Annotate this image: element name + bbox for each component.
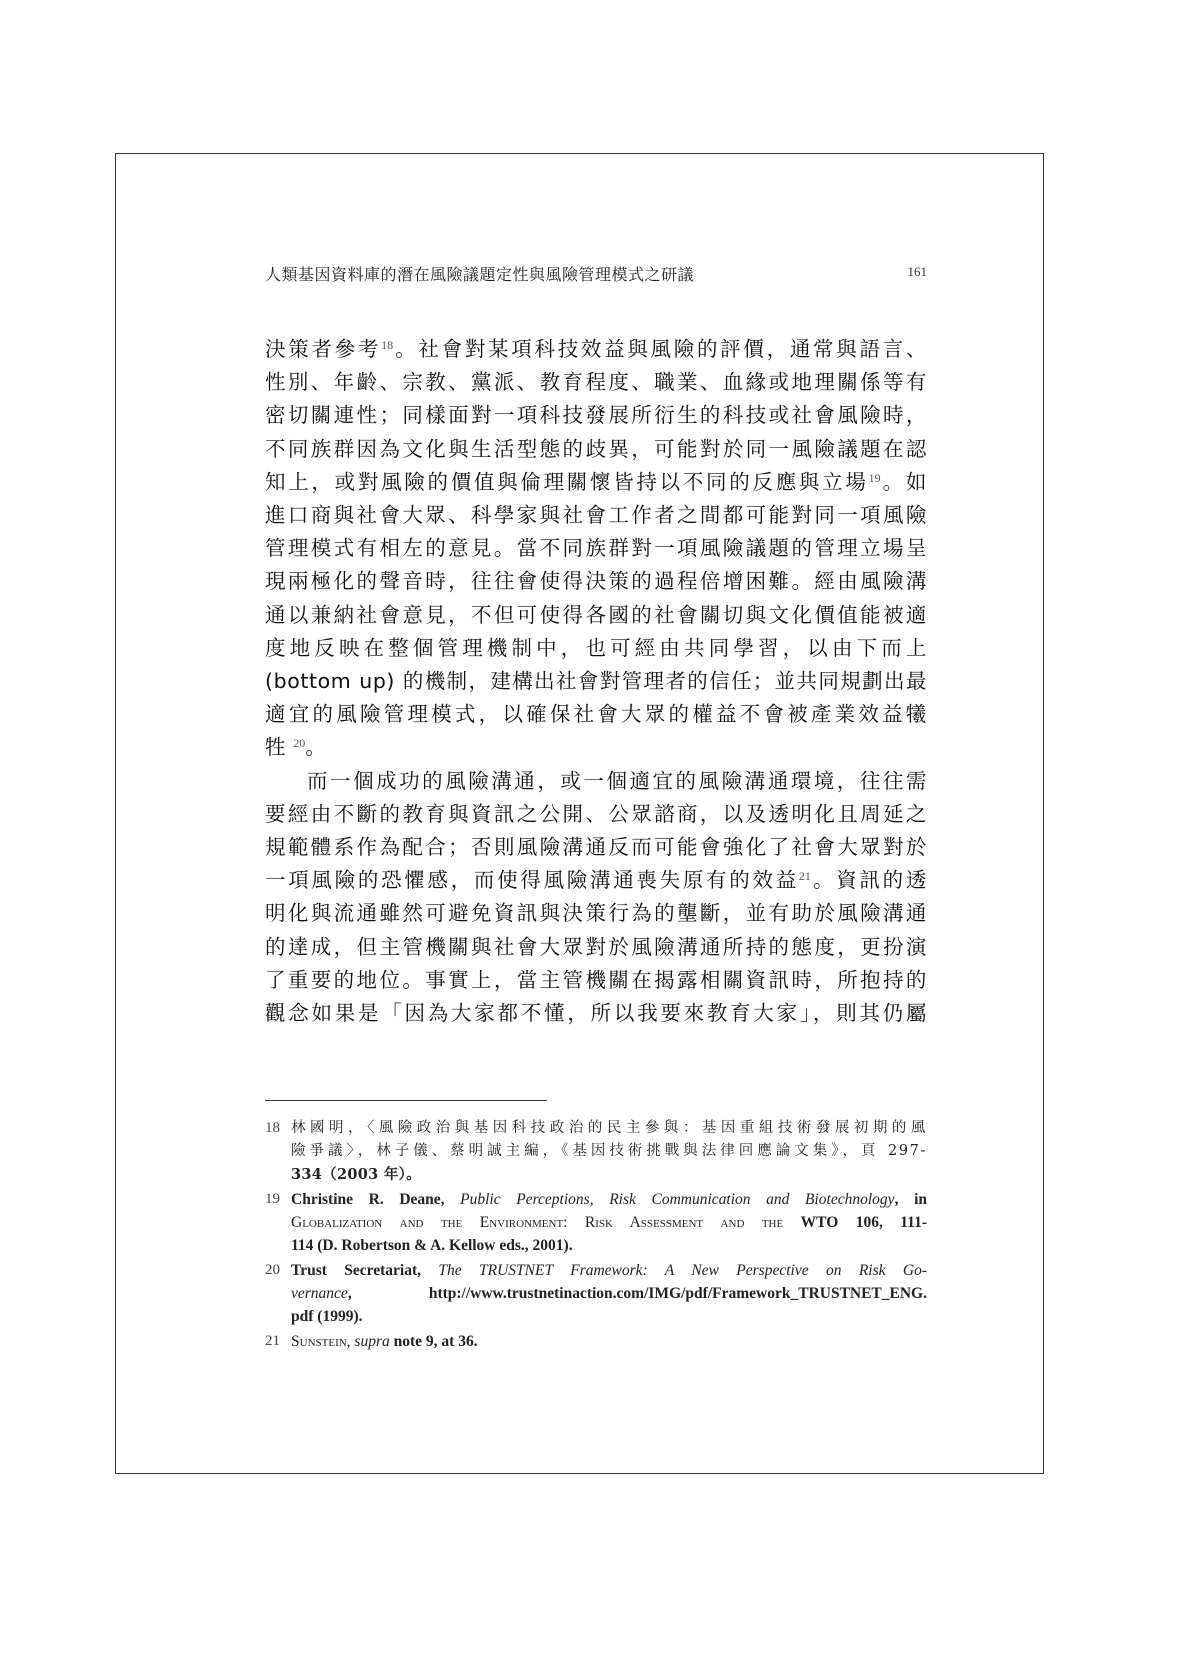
footnote-line: Sunstein, supra note 9, at 36.	[291, 1330, 927, 1353]
text-run: 。	[305, 735, 326, 759]
text-run: 。資訊的透	[811, 868, 927, 892]
paragraph-1: 決策者參考18。社會對某項科技效益與風險的評價，通常與語言、 性別、年齡、宗教、…	[265, 333, 927, 765]
text-line: 了重要的地位。事實上，當主管機關在揭露相關資訊時，所抱持的	[265, 964, 927, 997]
text-run: WTO 106, 111-	[801, 1214, 927, 1231]
footnote-line: 林國明，〈風險政治與基因科技政治的民主參與：基因重組技術發展初期的風	[291, 1117, 927, 1140]
footnote-line: Trust Secretariat, The TRUSTNET Framewor…	[291, 1259, 927, 1282]
footnote-line: Christine R. Deane, Public Perceptions, …	[291, 1188, 927, 1211]
text-line: 一項風險的恐懼感，而使得風險溝通喪失原有的效益21。資訊的透	[265, 864, 927, 897]
text-run: 決策者參考	[265, 337, 381, 361]
text-line: 密切關連性；同樣面對一項科技發展所衍生的科技或社會風險時，	[265, 399, 927, 432]
footnote-title: Public Perceptions, Risk Communication a…	[460, 1191, 894, 1208]
footnote-author: Trust Secretariat,	[291, 1262, 438, 1279]
text-run: , in	[895, 1191, 927, 1208]
footnote-title: vernance	[291, 1285, 348, 1302]
footnote-19: 19 Christine R. Deane, Public Perception…	[265, 1188, 927, 1257]
footnote-supra: supra	[354, 1333, 389, 1350]
footnote-author: Christine R. Deane,	[291, 1191, 460, 1208]
footnote-ref-21[interactable]: 21	[799, 869, 811, 883]
footnote-line: vernance, http://www.trustnetinaction.co…	[291, 1282, 927, 1305]
page-number: 161	[908, 264, 928, 280]
text-line: 不同族群因為文化與生活型態的歧異，可能對於同一風險議題在認	[265, 433, 927, 466]
footnotes: 18 林國明，〈風險政治與基因科技政治的民主參與：基因重組技術發展初期的風 險爭…	[265, 1117, 927, 1355]
running-header: 人類基因資料庫的潛在風險議題定性與風險管理模式之研議 161	[265, 262, 927, 286]
text-line: (bottom up) 的機制，建構出社會對管理者的信任；並共同規劃出最	[265, 665, 927, 698]
footnote-18: 18 林國明，〈風險政治與基因科技政治的民主參與：基因重組技術發展初期的風 險爭…	[265, 1117, 927, 1186]
footnote-ref-18[interactable]: 18	[381, 338, 393, 352]
footnote-line: 險爭議〉，林子儀、蔡明誠主編，《基因技術挑戰與法律回應論文集》，頁 297-	[291, 1140, 927, 1163]
body-text: 決策者參考18。社會對某項科技效益與風險的評價，通常與語言、 性別、年齡、宗教、…	[265, 333, 927, 1030]
footnote-number: 20	[265, 1259, 280, 1282]
text-run: 。社會對某項科技效益與風險的評價，通常與語言、	[393, 337, 927, 361]
footnote-line: pdf (1999).	[291, 1305, 927, 1328]
text-run: 牲	[265, 735, 293, 759]
footnote-author: Sunstein	[291, 1333, 347, 1350]
text-run: 一項風險的恐懼感，而使得風險溝通喪失原有的效益	[265, 868, 799, 892]
text-line: 決策者參考18。社會對某項科技效益與風險的評價，通常與語言、	[265, 333, 927, 366]
footnote-title: The TRUSTNET Framework: A New Perspectiv…	[438, 1262, 927, 1279]
text-run: note 9, at 36.	[390, 1333, 478, 1350]
text-line: 通以兼納社會意見，不但可使得各國的社會關切與文化價值能被適	[265, 599, 927, 632]
text-line: 而一個成功的風險溝通，或一個適宜的風險溝通環境，往往需	[265, 765, 927, 798]
footnote-number: 21	[265, 1330, 280, 1353]
footnote-line: 114 (D. Robertson & A. Kellow eds., 2001…	[291, 1234, 927, 1257]
text-line: 度地反映在整個管理機制中，也可經由共同學習，以由下而上	[265, 632, 927, 665]
text-line: 性別、年齡、宗教、黨派、教育程度、職業、血緣或地理關係等有	[265, 366, 927, 399]
text-line: 管理模式有相左的意見。當不同族群對一項風險議題的管理立場呈	[265, 532, 927, 565]
footnote-number: 19	[265, 1188, 280, 1211]
running-title: 人類基因資料庫的潛在風險議題定性與風險管理模式之研議	[265, 262, 694, 285]
text-line: 適宜的風險管理模式，以確保社會大眾的權益不會被產業效益犧	[265, 698, 927, 731]
footnote-separator	[265, 1100, 547, 1101]
footnote-ref-19[interactable]: 19	[869, 471, 881, 485]
text-line: 要經由不斷的教育與資訊之公開、公眾諮商，以及透明化且周延之	[265, 798, 927, 831]
text-line: 知上，或對風險的價值與倫理關懷皆持以不同的反應與立場19。如	[265, 466, 927, 499]
footnote-21: 21 Sunstein, supra note 9, at 36.	[265, 1330, 927, 1353]
text-line: 的達成，但主管機關與社會大眾對於風險溝通所持的態度，更扮演	[265, 931, 927, 964]
text-line: 觀念如果是「因為大家都不懂，所以我要來教育大家」，則其仍屬	[265, 997, 927, 1030]
text-run: 知上，或對風險的價值與倫理關懷皆持以不同的反應與立場	[265, 470, 869, 494]
text-line: 牲 20。	[265, 731, 927, 764]
footnote-book-title: Globalization and the Environment: Risk …	[291, 1214, 801, 1231]
footnote-number: 18	[265, 1117, 280, 1140]
footnote-line: Globalization and the Environment: Risk …	[291, 1211, 927, 1234]
paragraph-2: 而一個成功的風險溝通，或一個適宜的風險溝通環境，往往需 要經由不斷的教育與資訊之…	[265, 765, 927, 1031]
footnote-20: 20 Trust Secretariat, The TRUSTNET Frame…	[265, 1259, 927, 1328]
footnote-ref-20[interactable]: 20	[293, 736, 305, 750]
footnote-line: 334（2003 年）。	[291, 1163, 927, 1186]
footnote-url[interactable]: , http://www.trustnetinaction.com/IMG/pd…	[348, 1285, 927, 1302]
text-line: 現兩極化的聲音時，往往會使得決策的過程倍增困難。經由風險溝	[265, 565, 927, 598]
text-run: 。如	[881, 470, 927, 494]
text-line: 規範體系作為配合；否則風險溝通反而可能會強化了社會大眾對於	[265, 831, 927, 864]
text-line: 明化與流通雖然可避免資訊與決策行為的壟斷，並有助於風險溝通	[265, 897, 927, 930]
text-line: 進口商與社會大眾、科學家與社會工作者之間都可能對同一項風險	[265, 499, 927, 532]
